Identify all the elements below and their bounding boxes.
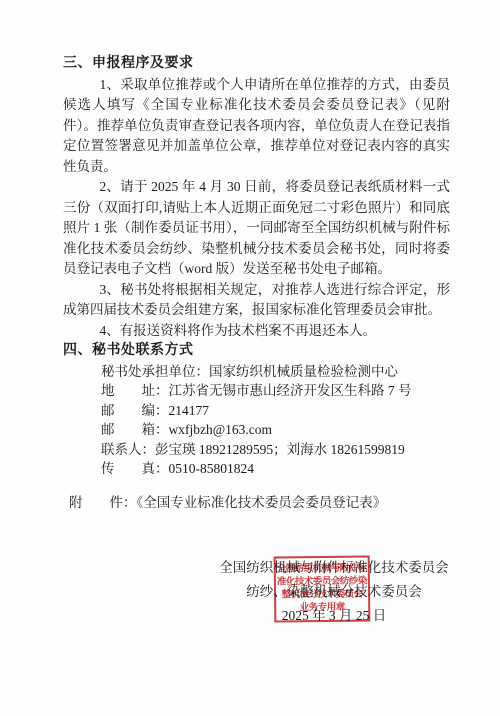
signature-block: 全国纺织机械与附件标准化技术委员会 纺纱、染整机械分技术委员会 2025 年 3… xyxy=(200,556,468,628)
contact-email: 邮 箱：wxfjbzh@163.com xyxy=(63,420,450,440)
contact-undertaking-unit: 秘书处承担单位：国家纺织机械质量检验检测中心 xyxy=(63,362,450,382)
document-body: 三、申报程序及要求 1、采取单位推荐或个人申请所在单位推荐的方式，由委员候选人填… xyxy=(63,54,450,514)
procedure-item-3: 3、秘书处将根据相关规定，对推荐人选进行综合评定，形成第四届技术委员会组建方案，… xyxy=(63,280,450,321)
signature-org-line-2: 纺纱、染整机械分技术委员会 xyxy=(200,580,468,604)
contact-persons: 联系人：彭宝瑛 18921289595；刘海水 18261599819 xyxy=(63,440,450,460)
signature-date: 2025 年 3 月 25 日 xyxy=(200,604,468,628)
procedure-item-1: 1、采取单位推荐或个人申请所在单位推荐的方式，由委员候选人填写《全国专业标准化技… xyxy=(63,75,450,178)
procedure-item-2: 2、请于 2025 年 4 月 30 日前，将委员登记表纸质材料一式三份（双面打… xyxy=(63,177,450,280)
document-page: 三、申报程序及要求 1、采取单位推荐或个人申请所在单位推荐的方式，由委员候选人填… xyxy=(0,0,500,716)
procedure-item-4: 4、有报送资料将作为技术档案不再退还本人。 xyxy=(63,321,450,342)
attachment-line: 附 件：《全国专业标准化技术委员会委员登记表》 xyxy=(69,493,450,514)
signature-org-line-1: 全国纺织机械与附件标准化技术委员会 xyxy=(200,556,468,580)
section-4-heading: 四、秘书处联系方式 xyxy=(63,341,450,362)
secretariat-contact-block: 秘书处承担单位：国家纺织机械质量检验检测中心 地 址：江苏省无锡市惠山经济开发区… xyxy=(63,362,450,480)
section-3-heading: 三、申报程序及要求 xyxy=(63,54,450,75)
contact-postal-code: 邮 编：214177 xyxy=(63,401,450,421)
contact-address: 地 址：江苏省无锡市惠山经济开发区生科路 7 号 xyxy=(63,381,450,401)
contact-fax: 传 真：0510-85801824 xyxy=(63,459,450,479)
